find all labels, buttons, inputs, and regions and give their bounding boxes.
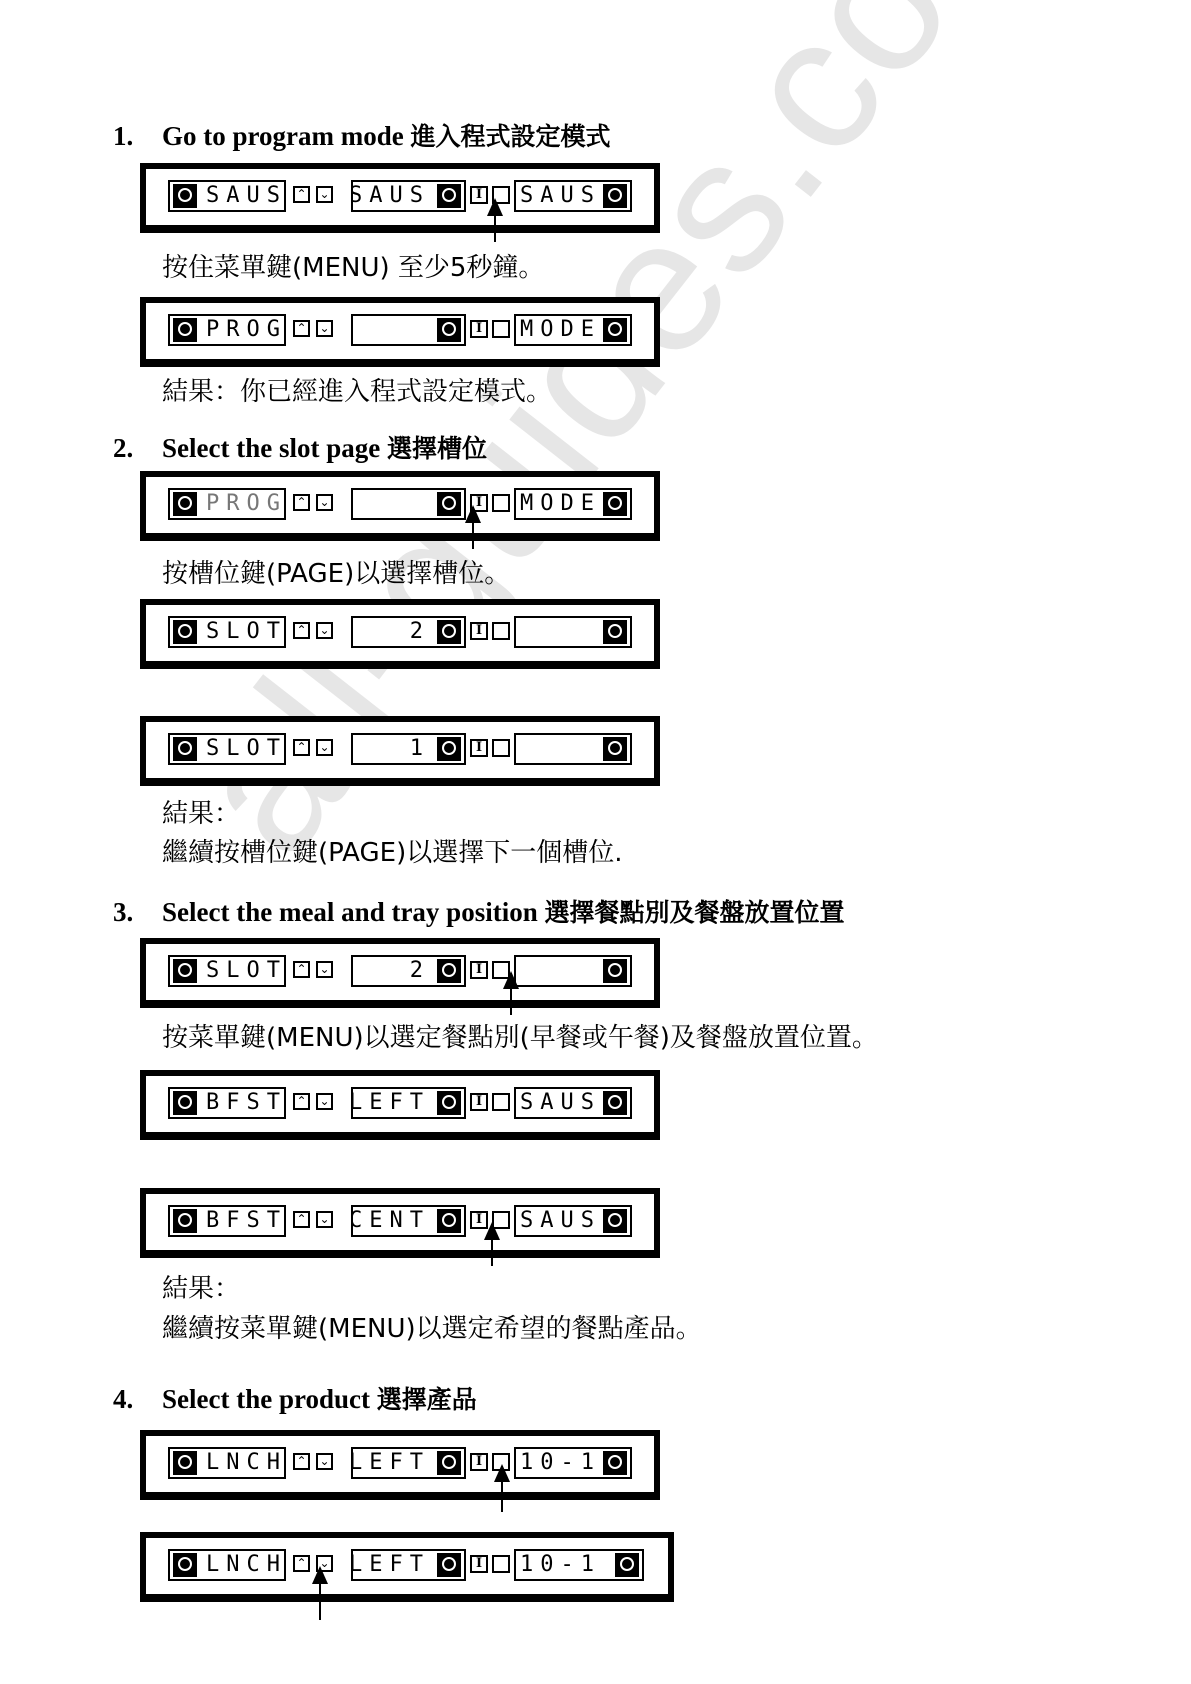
instruction-text: 按菜單鍵(MENU)以選定餐點別(早餐或午餐)及餐盤放置位置。	[162, 1017, 878, 1054]
down-arrow-icon: ⌄	[316, 494, 333, 511]
display-left-text: PROG	[206, 316, 286, 344]
step-title-zh: 選擇餐點別及餐盤放置位置	[544, 898, 844, 927]
up-arrow-icon: ⌃	[293, 739, 310, 756]
display-left-text: SLOT	[206, 618, 286, 646]
step-2-heading: 2.Select the slot page 選擇槽位	[113, 429, 487, 465]
display-panel-5: SLOT ⌃ ⌄ 1 I	[140, 716, 660, 786]
display-mid: LEFT	[351, 1087, 466, 1119]
menu-key-icon	[492, 320, 510, 338]
up-arrow-icon: ⌃	[293, 1093, 310, 1110]
up-arrow-icon: ⌃	[293, 186, 310, 203]
pointer-arrow	[491, 1224, 493, 1266]
display-right	[514, 955, 632, 987]
result-text: 繼續按槽位鍵(PAGE)以選擇下一個槽位.	[162, 832, 622, 869]
display-right: 10-1	[514, 1447, 632, 1479]
display-right	[514, 733, 632, 765]
clock-icon	[603, 959, 627, 983]
clock-icon	[173, 1091, 197, 1115]
display-left: BFST	[168, 1087, 286, 1119]
display-panel-3: PROG ⌃ ⌄ I MODE	[140, 471, 660, 541]
display-left-text: SLOT	[206, 957, 286, 985]
display-right-text: MODE	[520, 316, 601, 344]
display-mid-text: LEFT	[351, 1551, 430, 1579]
clock-icon	[173, 1553, 197, 1577]
pointer-arrow	[494, 200, 496, 242]
pointer-arrow	[501, 1466, 503, 1512]
down-arrow-icon: ⌄	[316, 1093, 333, 1110]
clock-icon	[437, 959, 461, 983]
clock-icon	[603, 1209, 627, 1233]
step-number: 4.	[113, 1384, 162, 1415]
display-mid	[351, 488, 466, 520]
display-left-text: SAUS	[206, 182, 286, 210]
display-right-text: 10-1	[520, 1551, 601, 1579]
step-title-zh: 選擇槽位	[387, 434, 487, 463]
page-key-icon: I	[470, 320, 488, 338]
page-key-icon: I	[470, 1093, 488, 1111]
result-text: 結果：你已經進入程式設定模式。	[162, 371, 552, 408]
display-mid-text: SAUS	[351, 182, 430, 210]
clock-icon	[437, 1091, 461, 1115]
step-number: 2.	[113, 433, 162, 464]
page-key-icon: I	[470, 622, 488, 640]
clock-icon	[173, 620, 197, 644]
display-right	[514, 616, 632, 648]
display-mid: 1	[351, 733, 466, 765]
display-panel-9: LNCH ⌃ ⌄ LEFT I 10-1	[140, 1430, 660, 1500]
clock-icon	[437, 620, 461, 644]
display-left: LNCH	[168, 1549, 286, 1581]
display-mid-text: 1	[410, 735, 430, 763]
display-mid: LEFT	[351, 1447, 466, 1479]
display-right: SAUS	[514, 180, 632, 212]
down-arrow-icon: ⌄	[316, 622, 333, 639]
clock-icon	[615, 1553, 639, 1577]
down-arrow-icon: ⌄	[316, 961, 333, 978]
menu-key-icon	[492, 1555, 510, 1573]
display-left-text: SLOT	[206, 735, 286, 763]
clock-icon	[173, 492, 197, 516]
clock-icon	[437, 492, 461, 516]
down-arrow-icon: ⌄	[316, 739, 333, 756]
display-mid-text: 2	[410, 618, 430, 646]
clock-icon	[173, 737, 197, 761]
menu-key-icon	[492, 622, 510, 640]
up-arrow-icon: ⌃	[293, 320, 310, 337]
display-left: SLOT	[168, 733, 286, 765]
step-title-zh: 選擇產品	[377, 1385, 477, 1414]
step-number: 1.	[113, 121, 162, 152]
result-label: 結果：	[162, 1268, 240, 1305]
down-arrow-icon: ⌄	[316, 1211, 333, 1228]
display-mid	[351, 314, 466, 346]
display-left-text: BFST	[206, 1207, 286, 1235]
page-key-icon: I	[470, 186, 488, 204]
down-arrow-icon: ⌄	[316, 186, 333, 203]
page-key-icon: I	[470, 739, 488, 757]
up-arrow-icon: ⌃	[293, 494, 310, 511]
menu-key-icon	[492, 739, 510, 757]
display-panel-4: SLOT ⌃ ⌄ 2 I	[140, 599, 660, 669]
display-left: SLOT	[168, 955, 286, 987]
display-left-text: BFST	[206, 1089, 286, 1117]
display-mid-text: LEFT	[351, 1449, 430, 1477]
step-3-heading: 3.Select the meal and tray position 選擇餐點…	[113, 893, 845, 929]
clock-icon	[173, 1209, 197, 1233]
clock-icon	[173, 959, 197, 983]
display-left-text: LNCH	[206, 1551, 286, 1579]
display-mid: CENT	[351, 1205, 466, 1237]
display-panel-8: BFST ⌃ ⌄ CENT I SAUS	[140, 1188, 660, 1258]
display-right-text: SAUS	[520, 1089, 601, 1117]
display-left: PROG	[168, 314, 286, 346]
page-key-icon: I	[470, 1453, 488, 1471]
display-left: SAUS	[168, 180, 286, 212]
clock-icon	[437, 1451, 461, 1475]
instruction-text: 按住菜單鍵(MENU) 至少5秒鐘。	[162, 247, 544, 284]
display-mid: 2	[351, 616, 466, 648]
step-title-zh: 進入程式設定模式	[410, 122, 610, 151]
display-mid: SAUS	[351, 180, 466, 212]
up-arrow-icon: ⌃	[293, 1555, 310, 1572]
display-left: BFST	[168, 1205, 286, 1237]
clock-icon	[437, 184, 461, 208]
result-label: 結果：	[162, 793, 240, 830]
step-number: 3.	[113, 897, 162, 928]
clock-icon	[437, 737, 461, 761]
display-right-text: 10-1	[520, 1449, 601, 1477]
step-title-en: Select the slot page	[162, 433, 380, 463]
display-panel-7: BFST ⌃ ⌄ LEFT I SAUS	[140, 1070, 660, 1140]
step-title-en: Select the product	[162, 1384, 370, 1414]
down-arrow-icon: ⌄	[316, 1453, 333, 1470]
display-right: MODE	[514, 488, 632, 520]
display-right: SAUS	[514, 1205, 632, 1237]
up-arrow-icon: ⌃	[293, 1211, 310, 1228]
display-right: SAUS	[514, 1087, 632, 1119]
display-right-text: SAUS	[520, 1207, 601, 1235]
display-panel-10: LNCH ⌃ ⌄ LEFT I 10-1	[140, 1532, 674, 1602]
up-arrow-icon: ⌃	[293, 622, 310, 639]
display-panel-6: SLOT ⌃ ⌄ 2 I	[140, 938, 660, 1008]
page-key-icon: I	[470, 1555, 488, 1573]
clock-icon	[437, 1209, 461, 1233]
page-key-icon: I	[470, 961, 488, 979]
display-left: PROG	[168, 488, 286, 520]
menu-key-icon	[492, 494, 510, 512]
up-arrow-icon: ⌃	[293, 961, 310, 978]
display-right-text: MODE	[520, 490, 601, 518]
clock-icon	[173, 318, 197, 342]
display-mid-text: 2	[410, 957, 430, 985]
display-left: SLOT	[168, 616, 286, 648]
up-arrow-icon: ⌃	[293, 1453, 310, 1470]
pointer-arrow	[510, 973, 512, 1015]
display-left-text: PROG	[206, 490, 286, 518]
display-mid-text: CENT	[351, 1207, 430, 1235]
clock-icon	[173, 1451, 197, 1475]
clock-icon	[173, 184, 197, 208]
clock-icon	[603, 1451, 627, 1475]
clock-icon	[603, 318, 627, 342]
display-panel-1: SAUS ⌃ ⌄ SAUS I SAUS	[140, 163, 660, 233]
clock-icon	[437, 1553, 461, 1577]
step-4-heading: 4.Select the product 選擇產品	[113, 1380, 477, 1416]
down-arrow-icon: ⌄	[316, 320, 333, 337]
clock-icon	[603, 492, 627, 516]
instruction-text: 按槽位鍵(PAGE)以選擇槽位。	[162, 553, 510, 590]
display-right: 10-1	[514, 1549, 644, 1581]
clock-icon	[603, 737, 627, 761]
clock-icon	[603, 1091, 627, 1115]
clock-icon	[603, 184, 627, 208]
clock-icon	[603, 620, 627, 644]
pointer-arrow	[472, 507, 474, 549]
display-mid: 2	[351, 955, 466, 987]
result-text: 繼續按菜單鍵(MENU)以選定希望的餐點產品。	[162, 1308, 702, 1345]
step-1-heading: 1.Go to program mode 進入程式設定模式	[113, 117, 611, 153]
display-mid-text: LEFT	[351, 1089, 430, 1117]
step-title-en: Go to program mode	[162, 121, 404, 151]
menu-key-icon	[492, 1093, 510, 1111]
display-panel-2: PROG ⌃ ⌄ I MODE	[140, 297, 660, 367]
clock-icon	[437, 318, 461, 342]
display-left: LNCH	[168, 1447, 286, 1479]
display-right: MODE	[514, 314, 632, 346]
display-mid: LEFT	[351, 1549, 466, 1581]
step-title-en: Select the meal and tray position	[162, 897, 538, 927]
pointer-arrow	[319, 1568, 321, 1620]
display-left-text: LNCH	[206, 1449, 286, 1477]
display-right-text: SAUS	[520, 182, 601, 210]
